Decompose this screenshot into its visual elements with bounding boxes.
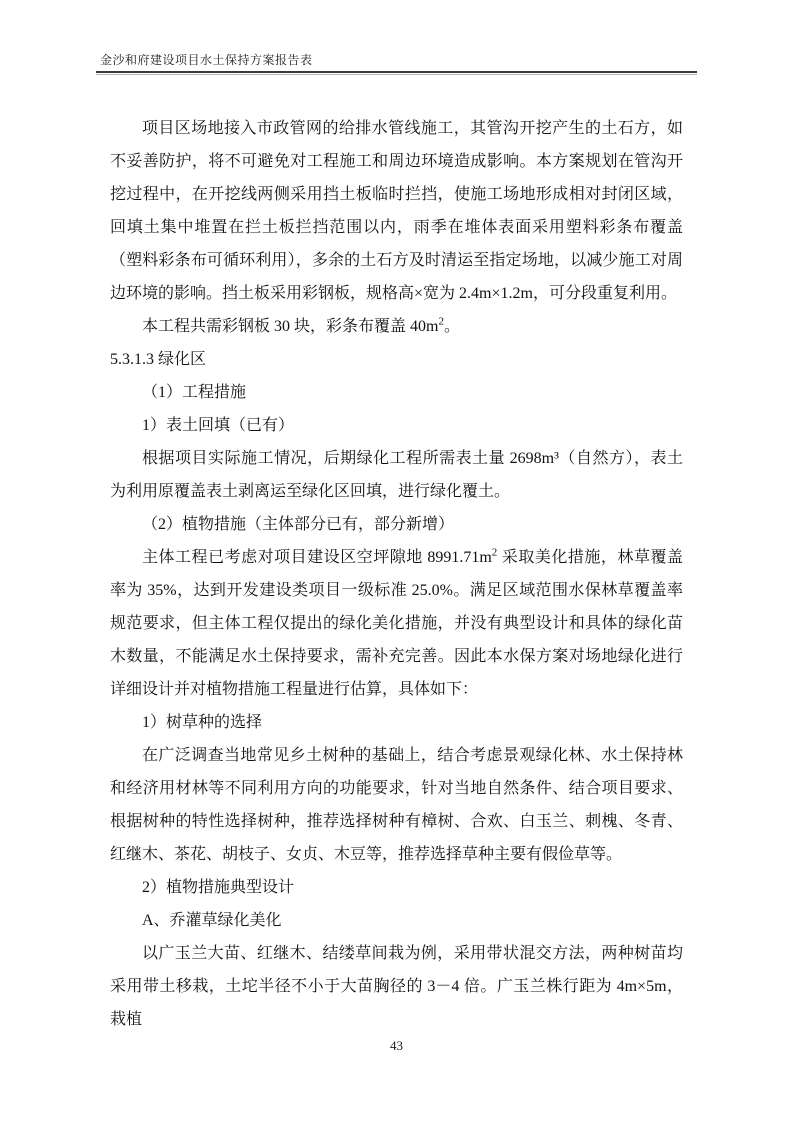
text-run: 2）植物措施典型设计: [142, 879, 294, 896]
page-number: 43: [390, 1038, 403, 1053]
text-run: 项目区场地接入市政管网的给排水管线施工，其管沟开挖产生的土石方，如不妥善防护，将…: [110, 120, 683, 302]
text-run: 在广泛调查当地常见乡土树种的基础上，结合考虑景观绿化林、水土保持林和经济用材林等…: [110, 747, 683, 863]
header-rule: [96, 71, 697, 75]
paragraph-pipeline-excavation: 项目区场地接入市政管网的给排水管线施工，其管沟开挖产生的土石方，如不妥善防护，将…: [110, 112, 683, 310]
subheading-typical-design: 2）植物措施典型设计: [110, 871, 683, 904]
document-body: 项目区场地接入市政管网的给排水管线施工，其管沟开挖产生的土石方，如不妥善防护，将…: [110, 112, 683, 1036]
paragraph-topsoil-volume: 根据项目实际施工情况，后期绿化工程所需表土量 2698m³（自然方），表土为利用…: [110, 442, 683, 508]
subheading-engineering-measures: （1）工程措施: [110, 376, 683, 409]
document-page: 金沙和府建设项目水土保持方案报告表 项目区场地接入市政管网的给排水管线施工，其管…: [0, 0, 793, 1122]
paragraph-species-list: 在广泛调查当地常见乡土树种的基础上，结合考虑景观绿化林、水土保持林和经济用材林等…: [110, 739, 683, 871]
text-run: A、乔灌草绿化美化: [142, 912, 282, 929]
text-run: 以广玉兰大苗、红继木、结缕草间栽为例，采用带状混交方法，两种树苗均采用带土移栽，…: [110, 945, 683, 1028]
paragraph-steel-plate-quantity: 本工程共需彩钢板 30 块，彩条布覆盖 40m2。: [110, 310, 683, 343]
paragraph-greening-coverage: 主体工程已考虑对项目建设区空坪隙地 8991.71m2 采取美化措施，林草覆盖率…: [110, 541, 683, 706]
subheading-topsoil-backfill: 1）表土回填（已有）: [110, 409, 683, 442]
section-heading-5-3-1-3: 5.3.1.3 绿化区: [110, 343, 683, 376]
text-run: 。: [444, 318, 460, 335]
page-footer: 43: [0, 1038, 793, 1054]
text-run: 1）表土回填（已有）: [142, 417, 294, 434]
text-run: 采取美化措施，林草覆盖率为 35%，达到开发建设类项目一级标准 25.0%。满足…: [110, 549, 683, 698]
subheading-species-selection: 1）树草种的选择: [110, 706, 683, 739]
text-run: （1）工程措施: [142, 384, 246, 401]
text-run: 5.3.1.3 绿化区: [110, 351, 206, 368]
text-run: 1）树草种的选择: [142, 714, 262, 731]
subheading-tree-shrub-grass: A、乔灌草绿化美化: [110, 904, 683, 937]
paragraph-magnolia-planting: 以广玉兰大苗、红继木、结缕草间栽为例，采用带状混交方法，两种树苗均采用带土移栽，…: [110, 937, 683, 1036]
header-title: 金沙和府建设项目水土保持方案报告表: [96, 52, 697, 69]
text-run: 主体工程已考虑对项目建设区空坪隙地 8991.71m: [142, 549, 492, 566]
text-run: 本工程共需彩钢板 30 块，彩条布覆盖 40m: [142, 318, 438, 335]
text-run: （2）植物措施（主体部分已有，部分新增）: [142, 516, 454, 533]
page-header: 金沙和府建设项目水土保持方案报告表: [96, 52, 697, 75]
text-run: 根据项目实际施工情况，后期绿化工程所需表土量 2698m³（自然方），表土为利用…: [110, 450, 683, 500]
subheading-plant-measures: （2）植物措施（主体部分已有，部分新增）: [110, 508, 683, 541]
